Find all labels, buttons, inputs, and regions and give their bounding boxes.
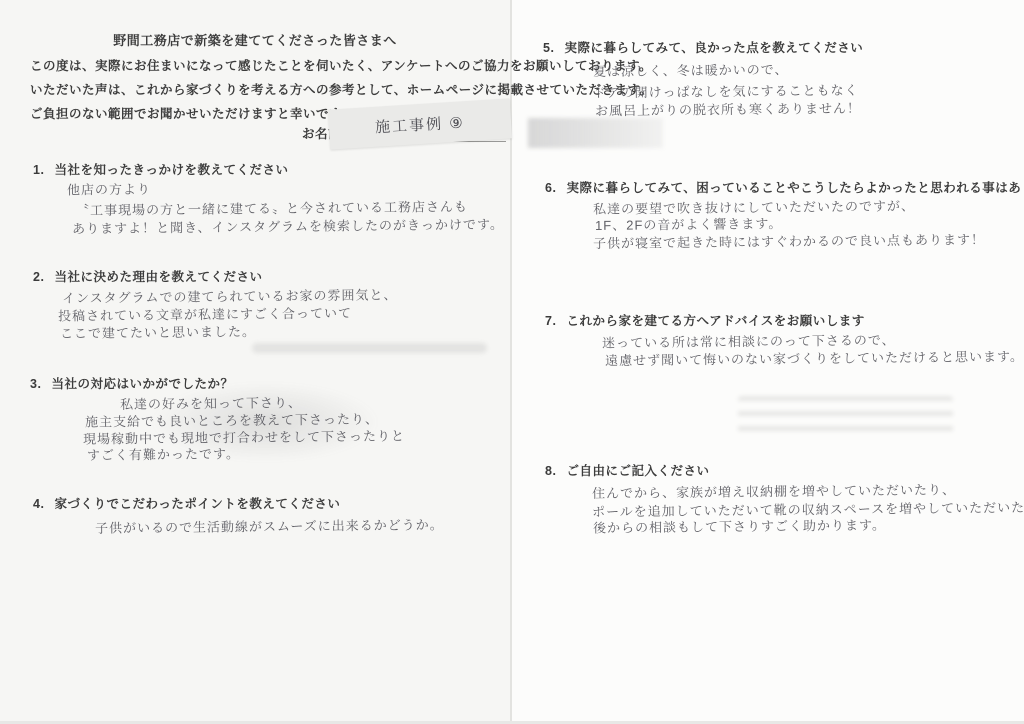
- question-5-number: 5.: [543, 41, 554, 55]
- question-6-number: 6.: [545, 181, 556, 195]
- question-2-number: 2.: [33, 270, 44, 284]
- question-2-heading: 2.当社に決めた理由を教えてください: [33, 267, 262, 285]
- question-1-answer-line: 他店の方より: [67, 179, 151, 199]
- question-5-answer-line: お風呂上がりの脱衣所も寒くありません！: [595, 98, 861, 120]
- question-1-label: 当社を知ったきっかけを教えてください: [54, 163, 288, 177]
- question-2-answer-line: ここで建てたいと思いました。: [60, 321, 256, 342]
- question-4-label: 家づくりでこだわったポイントを教えてください: [54, 497, 340, 511]
- intro-line: この度は、実際にお住まいになって感じたことを伺いたく、アンケートへのご協力をお願…: [30, 56, 652, 74]
- question-7-number: 7.: [545, 314, 556, 328]
- question-8-heading: 8.ご自由にご記入ください: [545, 461, 709, 479]
- question-4-answer-line: 子供がいるので生活動線がスムーズに出来るかどうか。: [95, 514, 444, 537]
- question-2-label: 当社に決めた理由を教えてください: [54, 270, 262, 284]
- question-7-heading: 7.これから家を建てる方へアドバイスをお願いします: [545, 311, 865, 329]
- question-3-heading: 3.当社の対応はいかがでしたか？: [30, 374, 233, 392]
- question-1-number: 1.: [33, 163, 44, 177]
- question-6-label: 実際に暮らしてみて、困っていることやこうしたらよかったと思われる事はありますか？: [566, 181, 1024, 195]
- intro-line: いただいた声は、これから家づくりを考える方への参考として、ホームページに掲載させ…: [30, 80, 653, 98]
- question-8-answer-line: 後からの相談もして下さりすごく助かります。: [593, 514, 886, 536]
- question-5-heading: 5.実際に暮らしてみて、良かった点を教えてください: [543, 38, 863, 56]
- question-1-heading: 1.当社を知ったきっかけを教えてください: [33, 160, 288, 178]
- question-7-label: これから家を建てる方へアドバイスをお願いします: [566, 314, 864, 328]
- question-3-label: 当社の対応はいかがでしたか？: [51, 377, 233, 391]
- question-8-number: 8.: [545, 464, 556, 478]
- intro-line: ご負担のない範囲でお聞かせいただけますと幸いです。: [30, 104, 354, 122]
- question-4-number: 4.: [33, 497, 44, 511]
- name-value-handwritten: 施工事例 ⑨: [375, 111, 466, 137]
- question-8-label: ご自由にご記入ください: [566, 464, 709, 478]
- question-5-label: 実際に暮らしてみて、良かった点を教えてください: [564, 41, 863, 55]
- question-6-heading: 6.実際に暮らしてみて、困っていることやこうしたらよかったと思われる事はあります…: [545, 178, 1024, 196]
- survey-title: 野間工務店で新築を建ててくださった皆さまへ: [0, 30, 510, 49]
- scanned-survey-document: 野間工務店で新築を建ててくださった皆さまへ この度は、実際にお住まいになって感じ…: [0, 0, 1024, 724]
- question-5-answer-line: 夏は涼しく、冬は暖かいので、: [593, 59, 789, 80]
- page-divider: [510, 0, 512, 724]
- question-3-number: 3.: [30, 377, 41, 391]
- question-4-heading: 4.家づくりでこだわったポイントを教えてください: [33, 494, 340, 512]
- question-3-answer-line: すごく有難かったです。: [87, 443, 240, 464]
